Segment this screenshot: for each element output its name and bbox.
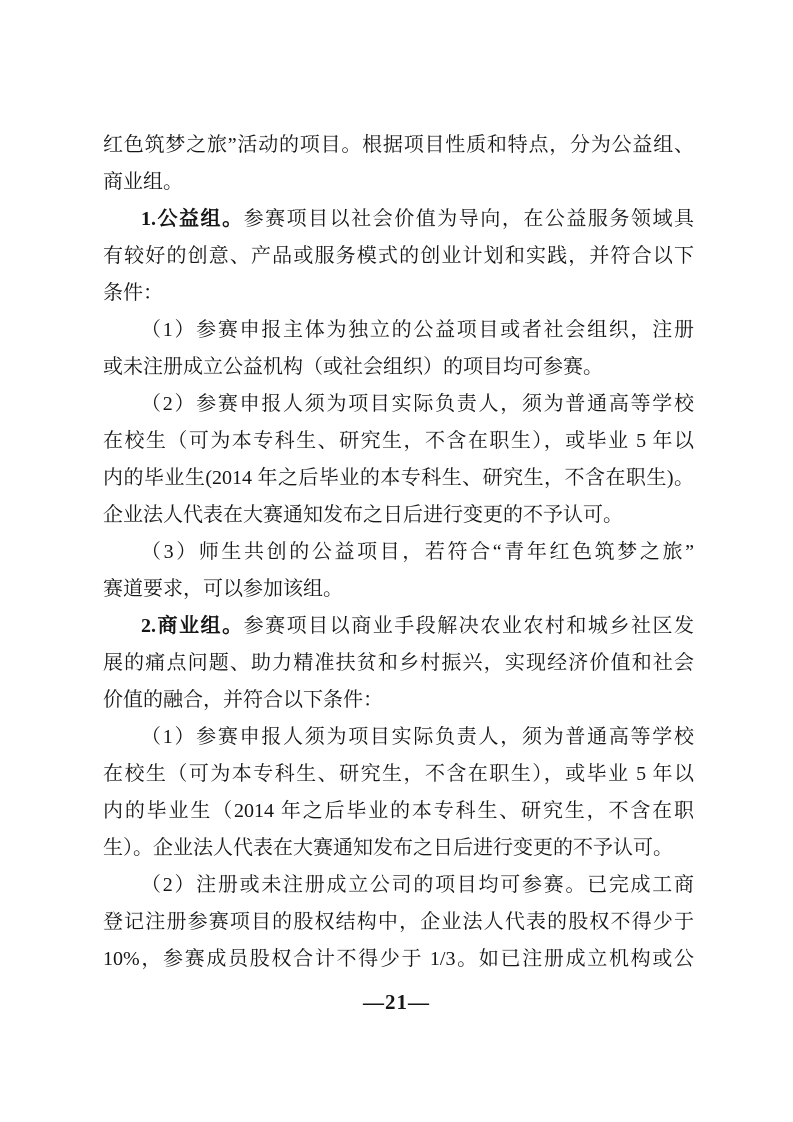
text-line: 企业法人代表在大赛通知发布之日后进行变更的不予认可。 — [103, 497, 694, 534]
group-heading-text: 2.商业组。 — [141, 615, 244, 637]
body-text: 10%，参赛成员股权合计不得少于 1/3。如已注册成立机构或公 — [103, 948, 694, 970]
body-text: 内的毕业生(2014 年之后毕业的本专科生、研究生，不含在职生)。 — [103, 467, 694, 489]
body-text: （1）参赛申报人须为项目实际负责人，须为普通高等学校 — [141, 726, 694, 748]
text-line: 红色筑梦之旅”活动的项目。根据项目性质和特点，分为公益组、 — [103, 127, 694, 164]
body-text: 参赛项目以商业手段解决农业农村和城乡社区发 — [244, 615, 694, 637]
group-heading-text: 1.公益组。 — [141, 208, 244, 230]
body-text: 参赛项目以社会价值为导向，在公益服务领域具 — [244, 208, 694, 230]
text-line: 展的痛点问题、助力精准扶贫和乡村振兴，实现经济价值和社会 — [103, 645, 694, 682]
text-line: 内的毕业生(2014 年之后毕业的本专科生、研究生，不含在职生)。 — [103, 460, 694, 497]
body-text: 内的毕业生（2014 年之后毕业的本专科生、研究生，不含在职 — [103, 800, 694, 822]
text-line: 赛道要求，可以参加该组。 — [103, 571, 694, 608]
body-text: （3）师生共创的公益项目，若符合“青年红色筑梦之旅” — [141, 541, 694, 563]
text-line: （1）参赛申报人须为项目实际负责人，须为普通高等学校 — [103, 719, 694, 756]
text-line: 价值的融合，并符合以下条件： — [103, 682, 694, 719]
body-text: 或未注册成立公益机构（或社会组织）的项目均可参赛。 — [103, 356, 603, 378]
text-line: （2）注册或未注册成立公司的项目均可参赛。已完成工商 — [103, 867, 694, 904]
body-text: 展的痛点问题、助力精准扶贫和乡村振兴，实现经济价值和社会 — [103, 652, 694, 674]
page-number: —21— — [0, 988, 793, 1016]
text-line: （3）师生共创的公益项目，若符合“青年红色筑梦之旅” — [103, 534, 694, 571]
body-text: （2）参赛申报人须为项目实际负责人，须为普通高等学校 — [141, 393, 694, 415]
text-line: 10%，参赛成员股权合计不得少于 1/3。如已注册成立机构或公 — [103, 941, 694, 978]
body-text: 登记注册参赛项目的股权结构中，企业法人代表的股权不得少于 — [103, 911, 694, 933]
body-text: 商业组。 — [103, 171, 183, 193]
body-text: （2）注册或未注册成立公司的项目均可参赛。已完成工商 — [141, 874, 694, 896]
body-text: 企业法人代表在大赛通知发布之日后进行变更的不予认可。 — [103, 504, 623, 526]
text-line: 2.商业组。参赛项目以商业手段解决农业农村和城乡社区发 — [103, 608, 694, 645]
body-text: 有较好的创意、产品或服务模式的创业计划和实践，并符合以下 — [103, 245, 694, 267]
body-text: 赛道要求，可以参加该组。 — [103, 578, 343, 600]
text-line: 1.公益组。参赛项目以社会价值为导向，在公益服务领域具 — [103, 201, 694, 238]
text-line: 登记注册参赛项目的股权结构中，企业法人代表的股权不得少于 — [103, 904, 694, 941]
text-line: 商业组。 — [103, 164, 694, 201]
text-line: 在校生（可为本专科生、研究生，不含在职生），或毕业 5 年以 — [103, 756, 694, 793]
document-body: 红色筑梦之旅”活动的项目。根据项目性质和特点，分为公益组、商业组。1.公益组。参… — [103, 127, 694, 978]
text-line: 或未注册成立公益机构（或社会组织）的项目均可参赛。 — [103, 349, 694, 386]
text-line: 条件： — [103, 275, 694, 312]
body-text: 在校生（可为本专科生、研究生，不含在职生），或毕业 5 年以 — [103, 763, 694, 785]
text-line: （2）参赛申报人须为项目实际负责人，须为普通高等学校 — [103, 386, 694, 423]
text-line: 有较好的创意、产品或服务模式的创业计划和实践，并符合以下 — [103, 238, 694, 275]
body-text: 价值的融合，并符合以下条件： — [103, 689, 383, 711]
body-text: 红色筑梦之旅”活动的项目。根据项目性质和特点，分为公益组、 — [103, 134, 694, 156]
body-text: 生）。企业法人代表在大赛通知发布之日后进行变更的不予认可。 — [103, 837, 673, 859]
text-line: 内的毕业生（2014 年之后毕业的本专科生、研究生，不含在职 — [103, 793, 694, 830]
body-text: （1）参赛申报主体为独立的公益项目或者社会组织，注册 — [141, 319, 694, 341]
body-text: 在校生（可为本专科生、研究生，不含在职生），或毕业 5 年以 — [103, 430, 694, 452]
body-text: 条件： — [103, 282, 163, 304]
text-line: （1）参赛申报主体为独立的公益项目或者社会组织，注册 — [103, 312, 694, 349]
text-line: 生）。企业法人代表在大赛通知发布之日后进行变更的不予认可。 — [103, 830, 694, 867]
text-line: 在校生（可为本专科生、研究生，不含在职生），或毕业 5 年以 — [103, 423, 694, 460]
document-page: 红色筑梦之旅”活动的项目。根据项目性质和特点，分为公益组、商业组。1.公益组。参… — [0, 0, 793, 1122]
